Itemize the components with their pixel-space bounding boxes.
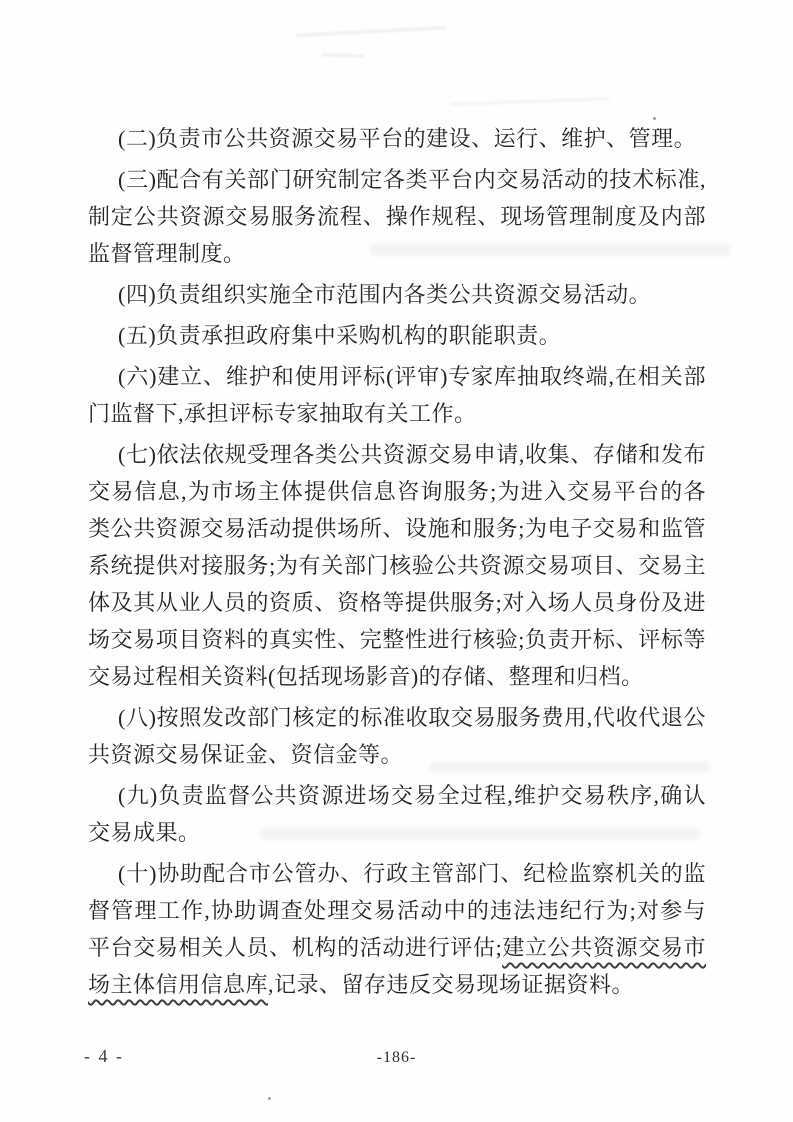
paragraph-clause-9: (九)负责监督公共资源进场交易全过程,维护交易秩序,确认交易成果。 — [88, 777, 706, 851]
page-number-center: -186- — [0, 1049, 793, 1067]
scan-artifact — [450, 97, 610, 106]
paragraph-clause-6: (六)建立、维护和使用评标(评审)专家库抽取终端,在相关部门监督下,承担评标专家… — [88, 358, 706, 432]
scan-artifact — [268, 1097, 271, 1100]
page-footer: - 4 - -186- — [0, 1046, 793, 1076]
document-body: (二)负责市公共资源交易平台的建设、运行、维护、管理。 (三)配合有关部门研究制… — [88, 120, 706, 1007]
document-page: (二)负责市公共资源交易平台的建设、运行、维护、管理。 (三)配合有关部门研究制… — [0, 0, 793, 1122]
scan-artifact — [322, 53, 364, 57]
paragraph-clause-8: (八)按照发改部门核定的标准收取交易服务费用,代收代退公共资源交易保证金、资信金… — [88, 699, 706, 773]
paragraph-clause-4: (四)负责组织实施全市范围内各类公共资源交易活动。 — [88, 276, 706, 313]
clause-10-tail-text: ,记录、留存违反交易现场证据资料。 — [268, 972, 634, 997]
paragraph-clause-7: (七)依法依规受理各类公共资源交易申请,收集、存储和发布交易信息,为市场主体提供… — [88, 436, 706, 695]
paragraph-clause-10: (十)协助配合市公管办、行政主管部门、纪检监察机关的监督管理工作,协助调查处理交… — [88, 855, 706, 1003]
paragraph-clause-5: (五)负责承担政府集中采购机构的职能职责。 — [88, 317, 706, 354]
paragraph-clause-2: (二)负责市公共资源交易平台的建设、运行、维护、管理。 — [88, 120, 706, 157]
paragraph-clause-3: (三)配合有关部门研究制定各类平台内交易活动的技术标准,制定公共资源交易服务流程… — [88, 161, 706, 272]
scan-artifact — [296, 26, 446, 37]
